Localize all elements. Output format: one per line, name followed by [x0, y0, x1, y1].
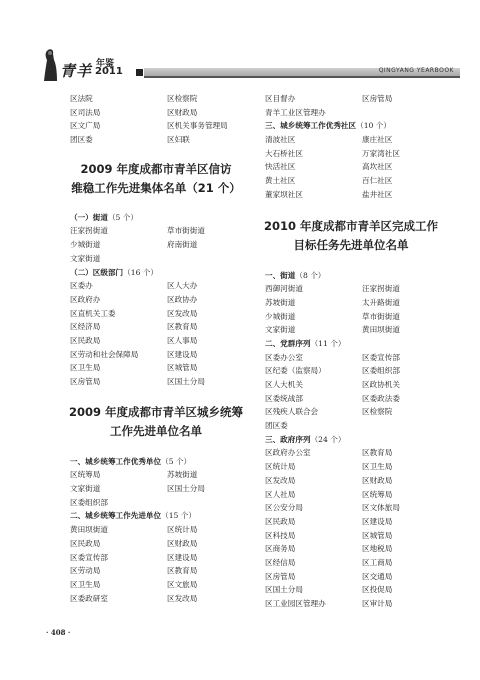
list-row: 区房管局区国土分局: [70, 375, 260, 389]
section-xinfang: 2009 年度成都市青羊区信访 维稳工作先进集体名单（21 个） （一）街道（5…: [70, 160, 260, 389]
list-item: 府南街道: [167, 238, 260, 252]
list-item: 区国土分局: [167, 482, 260, 496]
list-item: 区残疾人联合会: [265, 405, 362, 419]
right-column: 区目督办区房管局 青羊工业区管理办 三、城乡统筹工作优秀社区（10 个） 清波社…: [265, 92, 455, 611]
list-item: 区城管局: [362, 529, 455, 543]
list-item: 少城街道: [70, 238, 167, 252]
list-item: 区统筹局: [70, 468, 167, 482]
list-item: 区审计局: [362, 597, 455, 611]
list-item: 区交通局: [362, 570, 455, 584]
list-row: 董家坝社区盐井社区: [265, 188, 455, 202]
list-item: 区国土分局: [265, 583, 362, 597]
list-item: 区工商局: [362, 556, 455, 570]
section-title: 2010 年度成都市青羊区完成工作: [251, 217, 451, 236]
group-heading: 一、城乡统筹工作优秀单位（5 个）: [70, 455, 260, 469]
list-item: 太升路街道: [362, 296, 455, 310]
list-item: 区文体旅局: [362, 501, 455, 515]
list-item: 汪家拐街道: [362, 282, 455, 296]
list-item: 区发改局: [265, 474, 362, 488]
list-item: 董家坝社区: [265, 188, 362, 202]
left-column: 区法院区检察院 区司法局区财政局 区文广局区机关事务管理局 团区委区妇联 200…: [70, 92, 260, 605]
list-item: 区投促局: [362, 583, 455, 597]
list-item: 黄土社区: [265, 174, 362, 188]
list-row: 区目督办区房管局: [265, 92, 455, 106]
list-item: 区文广局: [70, 119, 167, 133]
list-item: 区政府办: [70, 293, 167, 307]
list-row: 清波社区康庄社区: [265, 133, 455, 147]
list-item: [167, 252, 260, 266]
list-item: 文家街道: [70, 482, 167, 496]
list-row: 区公安分局区文体旅局: [265, 501, 455, 515]
list-row: 青羊工业区管理办: [265, 106, 455, 120]
list-item: 区发改局: [167, 307, 260, 321]
list-item: 康庄社区: [362, 133, 455, 147]
list-row: 区人社局区统筹局: [265, 488, 455, 502]
list-item: [362, 419, 455, 433]
list-item: 区统计局: [265, 460, 362, 474]
list-item: [167, 496, 260, 510]
list-row: 大石桥社区万家湾社区: [265, 147, 455, 161]
list-row: 区残疾人联合会区检察院: [265, 405, 455, 419]
page-number: · 408 ·: [46, 628, 70, 637]
list-item: 苏坡街道: [265, 296, 362, 310]
list-row: 区政府办公室区教育局: [265, 446, 455, 460]
section-mubiao: 2010 年度成都市青羊区完成工作 目标任务先进单位名单 一、街道（8 个） 西…: [265, 217, 455, 611]
list-item: 区统筹局: [362, 488, 455, 502]
list-item: 区民政局: [70, 334, 167, 348]
list-item: 西御河街道: [265, 282, 362, 296]
list-item: 区商务局: [265, 542, 362, 556]
list-item: 区委办公室: [265, 351, 362, 365]
list-row: 文家街道: [70, 252, 260, 266]
list-item: 区机关事务管理局: [167, 119, 260, 133]
list-row: 区文广局区机关事务管理局: [70, 119, 260, 133]
list-item: 区财政局: [362, 474, 455, 488]
list-item: 草市街街道: [167, 224, 260, 238]
logo-figure-icon: [42, 48, 58, 82]
list-item: 区民政局: [265, 515, 362, 529]
list-item: 区经信局: [265, 556, 362, 570]
list-item: 区检察院: [362, 405, 455, 419]
list-item: 汪家拐街道: [70, 224, 167, 238]
header-right-text: QINGYANG YEARBOOK: [379, 67, 454, 74]
list-item: 苏坡街道: [167, 468, 260, 482]
list-row: 区民政局区人事局: [70, 334, 260, 348]
list-item: 区劳动和社会保障局: [70, 348, 167, 362]
list-item: 文家街道: [70, 252, 167, 266]
list-row: 文家街道黄田坝街道: [265, 323, 455, 337]
list-item: 区政协机关: [362, 378, 455, 392]
logo-square-icon: [136, 69, 143, 76]
list-item: 少城街道: [265, 310, 362, 324]
list-item: 区纪委（监察局）: [265, 364, 362, 378]
list-row: 黄土社区百仁社区: [265, 174, 455, 188]
list-item: 大石桥社区: [265, 147, 362, 161]
list-item: 区民政局: [70, 537, 167, 551]
list-item: 区卫生局: [70, 361, 167, 375]
list-item: 区委组织部: [362, 364, 455, 378]
section-title: 工作先进单位名单: [56, 422, 256, 441]
group-heading: （二）区级部门（16 个）: [70, 266, 260, 280]
list-item: 区人事局: [167, 334, 260, 348]
list-item: 区教育局: [167, 564, 260, 578]
list-row: 区国土分局区投促局: [265, 583, 455, 597]
list-item: 团区委: [265, 419, 362, 433]
list-row: 团区委: [265, 419, 455, 433]
list-row: 西御河街道汪家拐街道: [265, 282, 455, 296]
list-item: 区委统战部: [265, 392, 362, 406]
group-heading: 三、政府序列（24 个）: [265, 433, 455, 447]
list-item: 文家街道: [265, 323, 362, 337]
list-item: 区政协办: [167, 293, 260, 307]
list-row: 团区委区妇联: [70, 133, 260, 147]
list-item: 区直机关工委: [70, 307, 167, 321]
group-heading: 二、党群序列（11 个）: [265, 337, 455, 351]
list-item: 区城管局: [167, 361, 260, 375]
list-row: 区卫生局区城管局: [70, 361, 260, 375]
list-item: 区房管局: [70, 375, 167, 389]
list-item: 高坎社区: [362, 160, 455, 174]
list-item: 区目督办: [265, 92, 362, 106]
list-item: 区房管局: [265, 570, 362, 584]
list-item: 区地税局: [362, 542, 455, 556]
list-row: 区政府办区政协办: [70, 293, 260, 307]
logo-year: 2011: [95, 66, 123, 77]
list-row: 区经信局区工商局: [265, 556, 455, 570]
list-item: 区委组织部: [70, 496, 167, 510]
list-row: 区委办区人大办: [70, 279, 260, 293]
list-item: 区人大办: [167, 279, 260, 293]
list-row: 快活社区高坎社区: [265, 160, 455, 174]
group-heading: 一、街道（8 个）: [265, 269, 455, 283]
list-row: 区房管局区交通局: [265, 570, 455, 584]
list-row: 区人大机关区政协机关: [265, 378, 455, 392]
list-item: 区科技局: [265, 529, 362, 543]
section-title: 目标任务先进单位名单: [251, 236, 451, 255]
group-heading: 三、城乡统筹工作优秀社区（10 个）: [265, 119, 455, 133]
list-item: 区国土分局: [167, 375, 260, 389]
list-item: 区房管局: [362, 92, 455, 106]
list-row: 区委宣传部区建设局: [70, 551, 260, 565]
list-row: 区劳动和社会保障局区建设局: [70, 348, 260, 362]
list-item: 盐井社区: [362, 188, 455, 202]
list-item: 区建设局: [167, 551, 260, 565]
list-row: 区委组织部: [70, 496, 260, 510]
list-row: 黄田坝街道区统计局: [70, 523, 260, 537]
list-item: 区文旅局: [167, 578, 260, 592]
list-item: 区司法局: [70, 106, 167, 120]
list-item: 区卫生局: [362, 460, 455, 474]
list-row: 区纪委（监察局）区委组织部: [265, 364, 455, 378]
list-item: 区公安分局: [265, 501, 362, 515]
list-item: 区建设局: [362, 515, 455, 529]
list-row: 少城街道府南街道: [70, 238, 260, 252]
group-heading: （一）街道（5 个）: [70, 211, 260, 225]
list-item: 区发改局: [167, 592, 260, 606]
list-item: 区委宣传部: [70, 551, 167, 565]
list-row: 区民政局区建设局: [265, 515, 455, 529]
list-row: 区司法局区财政局: [70, 106, 260, 120]
list-item: 区政府办公室: [265, 446, 362, 460]
list-item: 区财政局: [167, 106, 260, 120]
list-row: 区工业园区管理办区审计局: [265, 597, 455, 611]
section-title: 2009 年度成都市青羊区城乡统筹: [56, 403, 256, 422]
list-row: 区委办公室区委宣传部: [265, 351, 455, 365]
list-item: 百仁社区: [362, 174, 455, 188]
logo-text: 青羊: [60, 60, 92, 81]
list-item: 区经济局: [70, 320, 167, 334]
list-row: 区经济局区教育局: [70, 320, 260, 334]
list-item: 快活社区: [265, 160, 362, 174]
list-item: 草市街街道: [362, 310, 455, 324]
list-item: 区委政研室: [70, 592, 167, 606]
list-item: 区人社局: [265, 488, 362, 502]
list-item: 区统计局: [167, 523, 260, 537]
list-item: 万家湾社区: [362, 147, 455, 161]
list-item: 区建设局: [167, 348, 260, 362]
list-row: 区统计局区卫生局: [265, 460, 455, 474]
list-row: 少城街道草市街街道: [265, 310, 455, 324]
list-item: 区财政局: [167, 537, 260, 551]
section-chengxiang: 2009 年度成都市青羊区城乡统筹 工作先进单位名单 一、城乡统筹工作优秀单位（…: [70, 403, 260, 606]
list-row: 文家街道区国土分局: [70, 482, 260, 496]
list-row: 区民政局区财政局: [70, 537, 260, 551]
list-item: 黄田坝街道: [362, 323, 455, 337]
list-row: 区委统战部区委政法委: [265, 392, 455, 406]
list-row: 区发改局区财政局: [265, 474, 455, 488]
list-item: 区教育局: [167, 320, 260, 334]
section-title: 2009 年度成都市青羊区信访: [56, 160, 256, 179]
list-row: 区卫生局区文旅局: [70, 578, 260, 592]
list-item: 黄田坝街道: [70, 523, 167, 537]
list-item: 区委办: [70, 279, 167, 293]
group-heading: 二、城乡统筹工作先进单位（15 个）: [70, 509, 260, 523]
section-title: 维稳工作先进集体名单（21 个）: [56, 179, 256, 198]
list-row: 区商务局区地税局: [265, 542, 455, 556]
list-row: 区法院区检察院: [70, 92, 260, 106]
list-item: 区检察院: [167, 92, 260, 106]
list-item: 区工业园区管理办: [265, 597, 362, 611]
list-item: 清波社区: [265, 133, 362, 147]
list-item: 区教育局: [362, 446, 455, 460]
list-row: 区直机关工委区发改局: [70, 307, 260, 321]
list-item: 青羊工业区管理办: [265, 106, 362, 120]
list-row: 区劳动局区教育局: [70, 564, 260, 578]
list-item: 区法院: [70, 92, 167, 106]
list-row: 区统筹局苏坡街道: [70, 468, 260, 482]
list-row: 苏坡街道太升路街道: [265, 296, 455, 310]
left-top-list: 区法院区检察院 区司法局区财政局 区文广局区机关事务管理局 团区委区妇联: [70, 92, 260, 147]
list-item: 区委宣传部: [362, 351, 455, 365]
list-row: 区委政研室区发改局: [70, 592, 260, 606]
page-header: 青羊 年鉴 2011 QINGYANG YEARBOOK: [40, 48, 460, 88]
list-item: 区人大机关: [265, 378, 362, 392]
list-item: [362, 106, 455, 120]
list-item: 区委政法委: [362, 392, 455, 406]
list-row: 区科技局区城管局: [265, 529, 455, 543]
list-row: 汪家拐街道草市街街道: [70, 224, 260, 238]
list-item: 团区委: [70, 133, 167, 147]
list-item: 区妇联: [167, 133, 260, 147]
list-item: 区劳动局: [70, 564, 167, 578]
list-item: 区卫生局: [70, 578, 167, 592]
